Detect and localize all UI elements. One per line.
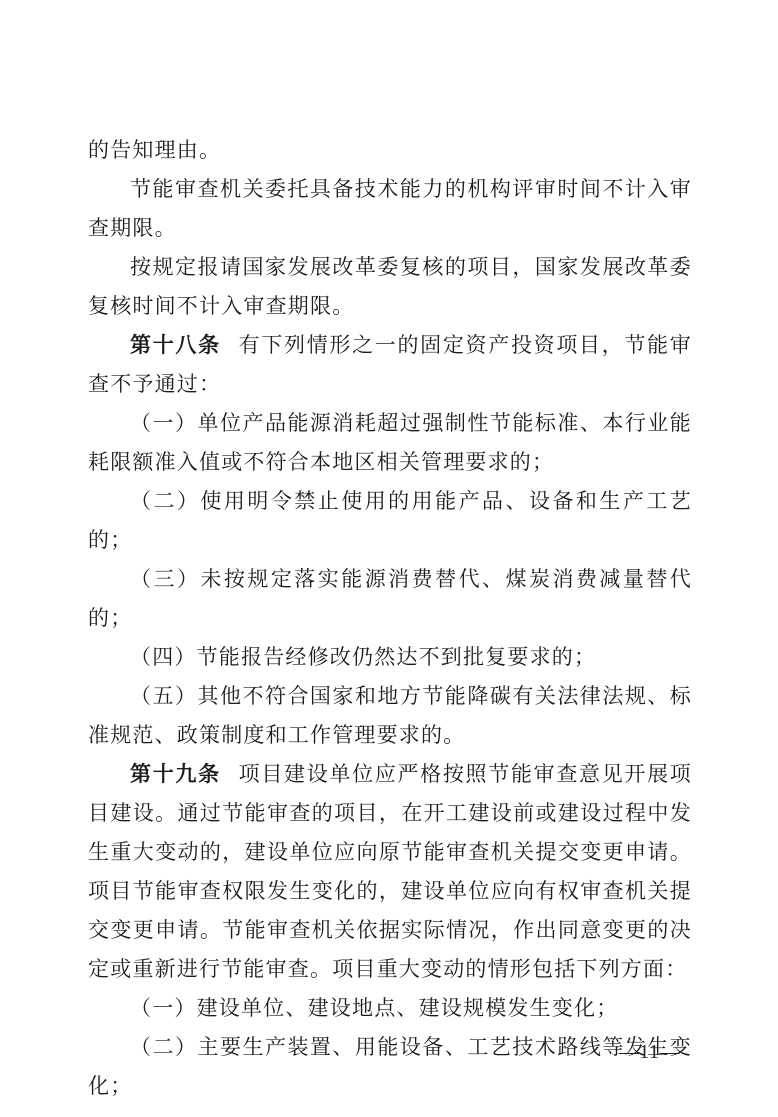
list-item-18-4: （四）节能报告经修改仍然达不到批复要求的； (88, 638, 692, 677)
paragraph-article-19: 第十九条项目建设单位应严格按照节能审查意见开展项目建设。通过节能审查的项目，在开… (88, 755, 692, 989)
list-item-19-1: （一）建设单位、建设地点、建设规模发生变化； (88, 989, 692, 1028)
paragraph-article-18: 第十八条有下列情形之一的固定资产投资项目，节能审查不予通过： (88, 326, 692, 404)
paragraph-continuation: 的告知理由。 (88, 131, 692, 170)
article-19-label: 第十九条 (130, 763, 221, 786)
document-page: 的告知理由。 节能审查机关委托具备技术能力的机构评审时间不计入审查期限。 按规定… (0, 0, 778, 1117)
page-number: —11— (619, 1038, 680, 1066)
list-item-19-2: （二）主要生产装置、用能设备、工艺技术路线等发生变化； (88, 1028, 692, 1106)
article-19-text: 项目建设单位应严格按照节能审查意见开展项目建设。通过节能审查的项目，在开工建设前… (88, 762, 692, 981)
paragraph-review-time: 节能审查机关委托具备技术能力的机构评审时间不计入审查期限。 (88, 170, 692, 248)
list-item-18-5: （五）其他不符合国家和地方节能降碳有关法律法规、标准规范、政策制度和工作管理要求… (88, 677, 692, 755)
paragraph-ndrc-recheck: 按规定报请国家发展改革委复核的项目，国家发展改革委复核时间不计入审查期限。 (88, 248, 692, 326)
list-item-18-3: （三）未按规定落实能源消费替代、煤炭消费减量替代的； (88, 560, 692, 638)
document-content: 的告知理由。 节能审查机关委托具备技术能力的机构评审时间不计入审查期限。 按规定… (88, 131, 692, 1106)
article-18-label: 第十八条 (130, 334, 221, 357)
list-item-18-1: （一）单位产品能源消耗超过强制性节能标准、本行业能耗限额准入值或不符合本地区相关… (88, 404, 692, 482)
list-item-18-2: （二）使用明令禁止使用的用能产品、设备和生产工艺的； (88, 482, 692, 560)
